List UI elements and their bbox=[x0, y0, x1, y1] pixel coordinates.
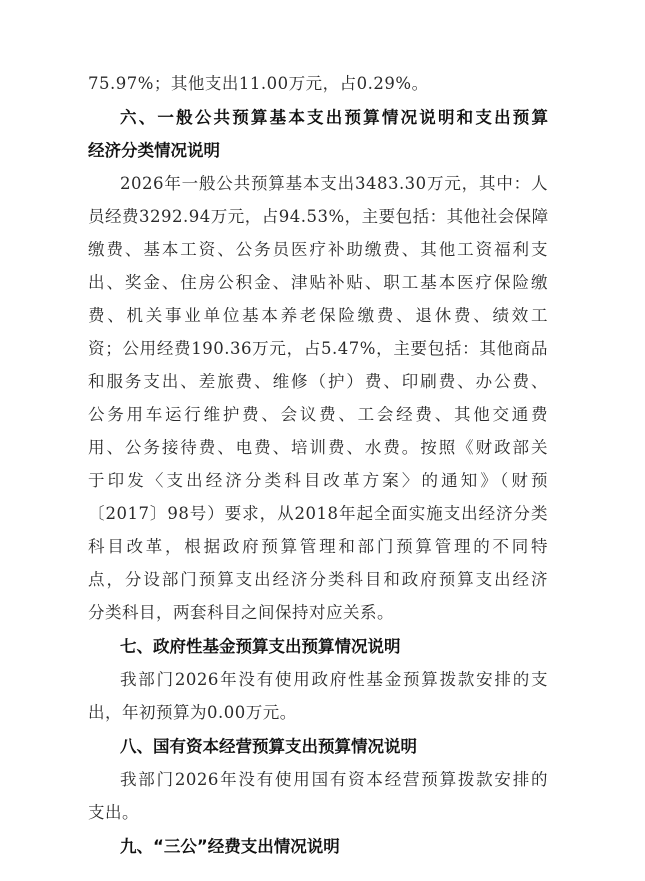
section9-heading: 九、“三公”经费支出情况说明 bbox=[120, 836, 340, 858]
section6-paragraph-line: 〔2017〕98号）要求，从2018年起全面实施支出经济分类 bbox=[88, 503, 548, 525]
section6-paragraph-line: 分类科目，两套科目之间保持对应关系。 bbox=[88, 602, 548, 624]
section6-paragraph-line: 公务用车运行维护费、会议费、工会经费、其他交通费 bbox=[88, 404, 548, 426]
document-page: 75.97%；其他支出11.00万元，占0.29%。 六、一般公共预算基本支出预… bbox=[0, 0, 645, 881]
section6-paragraph-line: 资；公用经费190.36万元，占5.47%，主要包括：其他商品 bbox=[88, 338, 548, 360]
section6-paragraph-line: 缴费、基本工资、公务员医疗补助缴费、其他工资福利支 bbox=[88, 239, 548, 261]
section6-paragraph-line: 于印发〈支出经济分类科目改革方案〉的通知》（财预 bbox=[88, 470, 548, 492]
intro-line: 75.97%；其他支出11.00万元，占0.29%。 bbox=[88, 73, 548, 95]
section7-heading: 七、政府性基金预算支出预算情况说明 bbox=[120, 636, 401, 658]
section6-paragraph-line: 用、公务接待费、电费、培训费、水费。按照《财政部关 bbox=[88, 437, 548, 459]
section6-paragraph-line: 出、奖金、住房公积金、津贴补贴、职工基本医疗保险缴 bbox=[88, 272, 548, 294]
section6-paragraph-line: 点，分设部门预算支出经济分类科目和政府预算支出经济 bbox=[88, 569, 548, 591]
section6-heading-line1: 六、一般公共预算基本支出预算情况说明和支出预算 bbox=[120, 107, 548, 129]
section8-heading: 八、国有资本经营预算支出预算情况说明 bbox=[120, 736, 417, 758]
section6-paragraph-line: 科目改革，根据政府预算管理和部门预算管理的不同特 bbox=[88, 536, 548, 558]
section8-paragraph-line: 支出。 bbox=[88, 802, 548, 824]
section6-paragraph-line: 员经费3292.94万元，占94.53%，主要包括：其他社会保障 bbox=[88, 206, 548, 228]
section8-paragraph-line: 我部门2026年没有使用国有资本经营预算拨款安排的 bbox=[120, 769, 548, 791]
section6-heading-line2: 经济分类情况说明 bbox=[88, 140, 220, 162]
section6-paragraph-line: 和服务支出、差旅费、维修（护）费、印刷费、办公费、 bbox=[88, 371, 548, 393]
section7-paragraph-line: 我部门2026年没有使用政府性基金预算拨款安排的支 bbox=[120, 669, 548, 691]
section6-paragraph-line: 费、机关事业单位基本养老保险缴费、退休费、绩效工 bbox=[88, 305, 548, 327]
section6-paragraph-line: 2026年一般公共预算基本支出3483.30万元，其中：人 bbox=[120, 173, 548, 195]
section7-paragraph-line: 出，年初预算为0.00万元。 bbox=[88, 702, 548, 724]
